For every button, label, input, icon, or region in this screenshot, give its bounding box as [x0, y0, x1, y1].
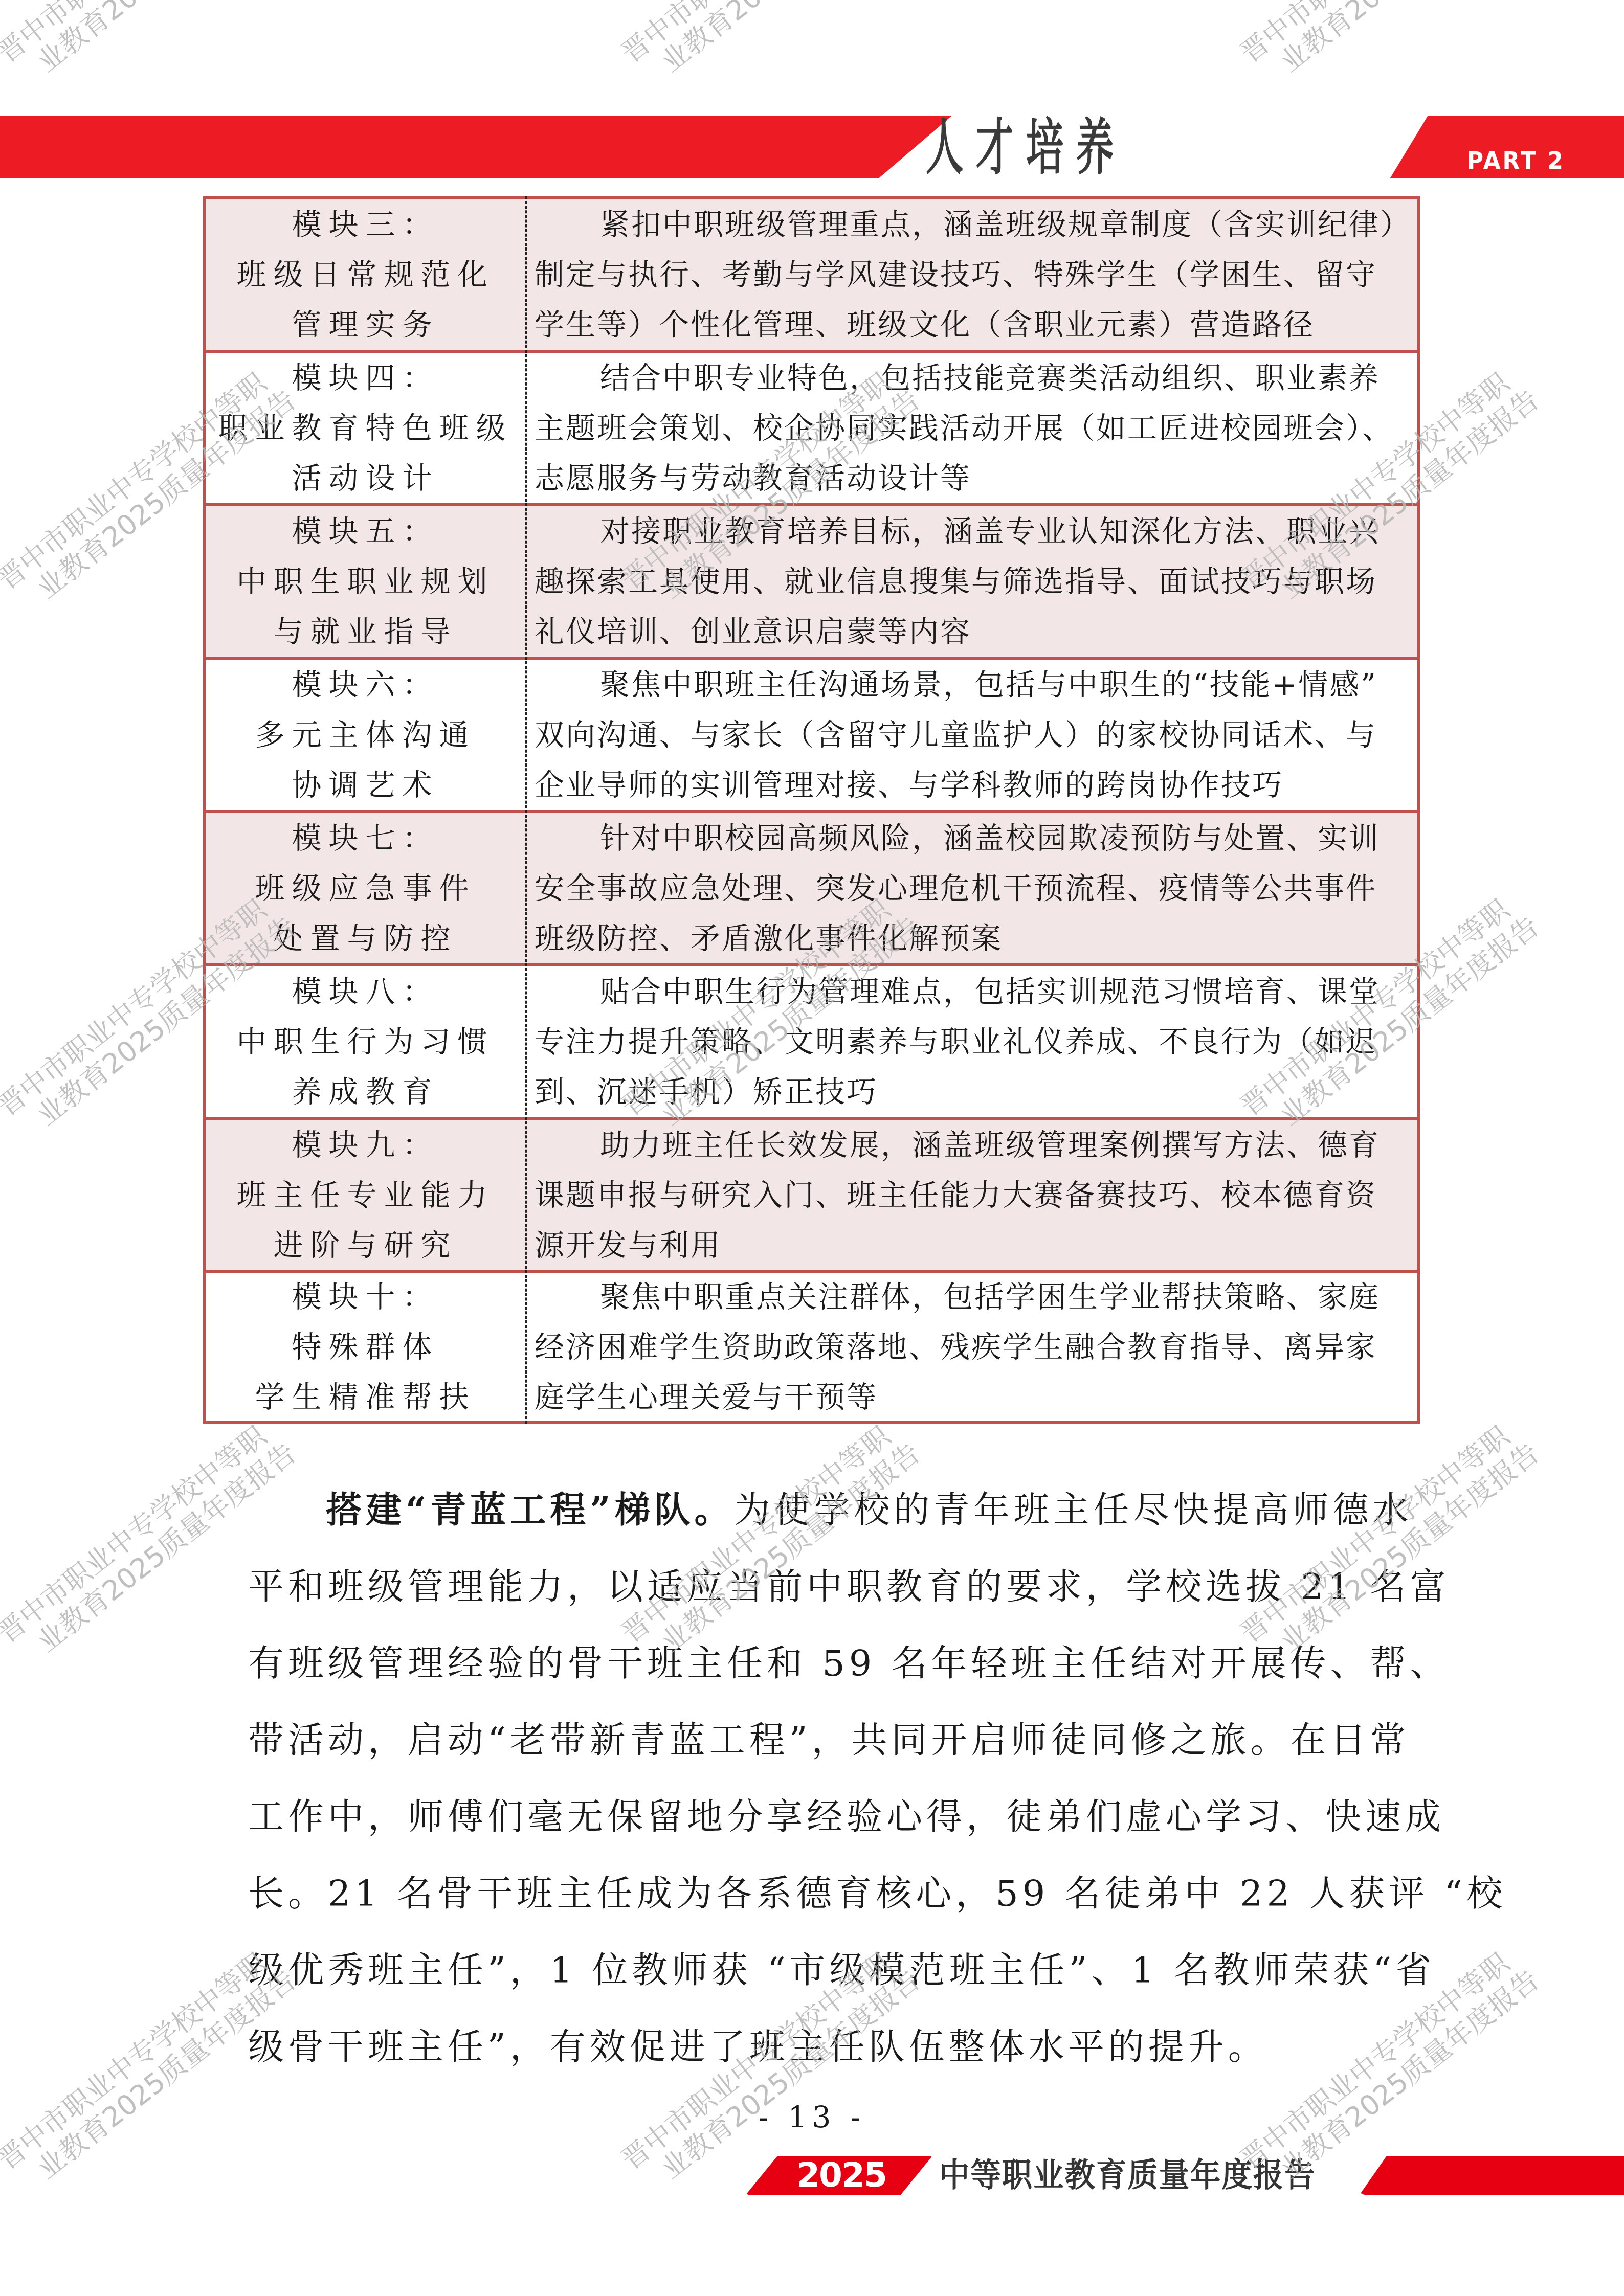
module-content-line: 志愿服务与劳动教育活动设计等 — [535, 453, 1411, 503]
module-content-line: 经济困难学生资助政策落地、残疾学生融合教育指导、离异家 — [535, 1322, 1411, 1372]
module-title: 职业教育特色班级 — [218, 403, 513, 453]
table-row: 模块八： 中职生行为习惯 养成教育 贴合中职生行为管理难点，包括实训规范习惯培育… — [203, 963, 1420, 1117]
module-title: 进阶与研究 — [273, 1220, 457, 1270]
module-title: 中职生职业规划 — [236, 556, 494, 606]
paragraph-line: 搭建“青蓝工程”梯队。为使学校的青年班主任尽快提高师德水 — [248, 1472, 1378, 1548]
module-title: 班级应急事件 — [255, 863, 476, 913]
module-label: 模块六： — [292, 660, 439, 710]
module-name-cell: 模块三： 班级日常规范化 管理实务 — [206, 199, 525, 350]
module-content-line: 主题班会策划、校企协同实践活动开展（如工匠进校园班会）、 — [535, 403, 1411, 453]
module-content-line: 课题申报与研究入门、班主任能力大赛备赛技巧、校本德育资 — [535, 1170, 1411, 1220]
module-content-line: 学生等）个性化管理、班级文化（含职业元素）营造路径 — [535, 300, 1411, 350]
watermark: 晋中市职业中专学校中等职业教育2025质量年度报告 — [616, 0, 926, 94]
table-row: 模块十： 特殊群体 学生精准帮扶 聚焦中职重点关注群体，包括学困生学业帮扶策略、… — [203, 1270, 1420, 1424]
module-content-line: 双向沟通、与家长（含留守儿童监护人）的家校协同话术、与 — [535, 710, 1411, 760]
column-divider — [525, 1117, 527, 1273]
module-content-line: 对接职业教育培养目标，涵盖专业认知深化方法、职业兴 — [535, 506, 1411, 556]
module-content-line: 源开发与利用 — [535, 1220, 1411, 1270]
module-content-line: 紧扣中职班级管理重点，涵盖班级规章制度（含实训纪律） — [535, 199, 1411, 250]
module-title: 特殊群体 — [292, 1322, 439, 1372]
paragraph-line: 有班级管理经验的骨干班主任和 59 名年轻班主任结对开展传、帮、 — [248, 1625, 1378, 1702]
table-row: 模块六： 多元主体沟通 协调艺术 聚焦中职班主任沟通场景，包括与中职生的“技能+… — [203, 657, 1420, 810]
module-content-cell: 紧扣中职班级管理重点，涵盖班级规章制度（含实训纪律） 制定与执行、考勤与学风建设… — [535, 199, 1411, 350]
module-title: 班级日常规范化 — [236, 250, 494, 300]
module-content-line: 专注力提升策略、文明素养与职业礼仪养成、不良行为（如迟 — [535, 1017, 1411, 1067]
column-divider — [525, 1270, 527, 1424]
paragraph-lead-heading: 搭建“青蓝工程”梯队。 — [326, 1489, 735, 1531]
module-content-line: 助力班主任长效发展，涵盖班级管理案例撰写方法、德育 — [535, 1120, 1411, 1170]
table-row: 模块七： 班级应急事件 处置与防控 针对中职校园高频风险，涵盖校园欺凌预防与处置… — [203, 810, 1420, 963]
column-divider — [525, 657, 527, 813]
module-label: 模块九： — [292, 1120, 439, 1170]
module-title: 中职生行为习惯 — [236, 1017, 494, 1067]
column-divider — [525, 810, 527, 966]
module-label: 模块四： — [292, 353, 439, 403]
module-title: 学生精准帮扶 — [255, 1372, 476, 1422]
module-content-line: 聚焦中职班主任沟通场景，包括与中职生的“技能+情感” — [535, 660, 1411, 710]
footer-report-title: 中等职业教育质量年度报告 — [939, 2154, 1316, 2197]
module-content-cell: 助力班主任长效发展，涵盖班级管理案例撰写方法、德育 课题申报与研究入门、班主任能… — [535, 1120, 1411, 1270]
column-divider — [525, 350, 527, 506]
module-label: 模块三： — [292, 199, 439, 250]
module-label: 模块十： — [292, 1272, 439, 1322]
paragraph-line: 长。21 名骨干班主任成为各系德育核心，59 名徒弟中 22 人获评 “校 — [248, 1855, 1378, 1932]
watermark: 晋中市职业中专学校中等职业教育2025质量年度报告 — [1235, 0, 1545, 94]
table-row: 模块九： 班主任专业能力 进阶与研究 助力班主任长效发展，涵盖班级管理案例撰写方… — [203, 1117, 1420, 1270]
column-divider — [525, 196, 527, 353]
paragraph-line: 级骨干班主任”，有效促进了班主任队伍整体水平的提升。 — [248, 2009, 1378, 2085]
module-content-line: 趣探索工具使用、就业信息搜集与筛选指导、面试技巧与职场 — [535, 556, 1411, 606]
module-title: 班主任专业能力 — [236, 1170, 494, 1220]
watermark: 晋中市职业中专学校中等职业教育2025质量年度报告 — [0, 0, 302, 94]
module-title: 协调艺术 — [292, 760, 439, 810]
module-label: 模块五： — [292, 506, 439, 556]
paragraph-line: 带活动，启动“老带新青蓝工程”，共同开启师徒同修之旅。在日常 — [248, 1702, 1378, 1779]
module-content-line: 制定与执行、考勤与学风建设技巧、特殊学生（学困生、留守 — [535, 250, 1411, 300]
table-row: 模块三： 班级日常规范化 管理实务 紧扣中职班级管理重点，涵盖班级规章制度（含实… — [203, 196, 1420, 350]
module-name-cell: 模块七： 班级应急事件 处置与防控 — [206, 813, 525, 963]
module-content-cell: 针对中职校园高频风险，涵盖校园欺凌预防与处置、实训 安全事故应急处理、突发心理危… — [535, 813, 1411, 963]
module-label: 模块七： — [292, 813, 439, 863]
module-content-line: 安全事故应急处理、突发心理危机干预流程、疫情等公共事件 — [535, 863, 1411, 913]
module-title: 处置与防控 — [273, 913, 457, 963]
footer-red-band — [1360, 2156, 1624, 2195]
module-content-line: 针对中职校园高频风险，涵盖校园欺凌预防与处置、实训 — [535, 813, 1411, 863]
module-title: 活动设计 — [292, 453, 439, 503]
module-title: 管理实务 — [292, 300, 439, 350]
footer-year-text: 2025 — [777, 2156, 905, 2195]
module-name-cell: 模块六： 多元主体沟通 协调艺术 — [206, 660, 525, 810]
module-content-cell: 对接职业教育培养目标，涵盖专业认知深化方法、职业兴 趣探索工具使用、就业信息搜集… — [535, 506, 1411, 657]
module-name-cell: 模块四： 职业教育特色班级 活动设计 — [206, 353, 525, 503]
module-label: 模块八： — [292, 966, 439, 1017]
module-title: 与就业指导 — [273, 606, 457, 657]
table-row: 模块四： 职业教育特色班级 活动设计 结合中职专业特色，包括技能竞赛类活动组织、… — [203, 350, 1420, 503]
module-content-line: 班级防控、矛盾激化事件化解预案 — [535, 913, 1411, 963]
part-label: PART 2 — [1467, 145, 1565, 176]
module-content-line: 聚焦中职重点关注群体，包括学困生学业帮扶策略、家庭 — [535, 1272, 1411, 1322]
table-row: 模块五： 中职生职业规划 与就业指导 对接职业教育培养目标，涵盖专业认知深化方法… — [203, 503, 1420, 657]
page-number: - 13 - — [0, 2097, 1624, 2137]
section-title: 人才培养 — [926, 117, 1126, 178]
module-content-line: 到、沉迷手机）矫正技巧 — [535, 1067, 1411, 1117]
module-content-line: 贴合中职生行为管理难点，包括实训规范习惯培育、课堂 — [535, 966, 1411, 1017]
column-divider — [525, 503, 527, 660]
module-content-line: 庭学生心理关爱与干预等 — [535, 1372, 1411, 1422]
body-paragraph: 搭建“青蓝工程”梯队。为使学校的青年班主任尽快提高师德水 平和班级管理能力，以适… — [248, 1472, 1378, 2085]
module-title: 多元主体沟通 — [255, 710, 476, 760]
module-name-cell: 模块五： 中职生职业规划 与就业指导 — [206, 506, 525, 657]
paragraph-text: 为使学校的青年班主任尽快提高师德水 — [735, 1489, 1413, 1531]
module-content-cell: 贴合中职生行为管理难点，包括实训规范习惯培育、课堂 专注力提升策略、文明素养与职… — [535, 966, 1411, 1117]
paragraph-line: 平和班级管理能力，以适应当前中职教育的要求，学校选拔 21 名富 — [248, 1548, 1378, 1625]
module-title: 养成教育 — [292, 1067, 439, 1117]
module-content-line: 礼仪培训、创业意识启蒙等内容 — [535, 606, 1411, 657]
module-name-cell: 模块九： 班主任专业能力 进阶与研究 — [206, 1120, 525, 1270]
module-name-cell: 模块十： 特殊群体 学生精准帮扶 — [206, 1273, 525, 1421]
module-content-cell: 聚焦中职重点关注群体，包括学困生学业帮扶策略、家庭 经济困难学生资助政策落地、残… — [535, 1273, 1411, 1421]
module-content-line: 结合中职专业特色，包括技能竞赛类活动组织、职业素养 — [535, 353, 1411, 403]
paragraph-line: 工作中，师傅们毫无保留地分享经验心得，徒弟们虚心学习、快速成 — [248, 1779, 1378, 1855]
paragraph-line: 级优秀班主任”，1 位教师获 “市级模范班主任”、1 名教师荣获“省 — [248, 1932, 1378, 2009]
header-red-stripe-left — [0, 116, 951, 178]
module-content-cell: 结合中职专业特色，包括技能竞赛类活动组织、职业素养 主题班会策划、校企协同实践活… — [535, 353, 1411, 503]
training-modules-table: 模块三： 班级日常规范化 管理实务 紧扣中职班级管理重点，涵盖班级规章制度（含实… — [203, 196, 1420, 1424]
module-name-cell: 模块八： 中职生行为习惯 养成教育 — [206, 966, 525, 1117]
module-content-cell: 聚焦中职班主任沟通场景，包括与中职生的“技能+情感” 双向沟通、与家长（含留守儿… — [535, 660, 1411, 810]
column-divider — [525, 963, 527, 1120]
module-content-line: 企业导师的实训管理对接、与学科教师的跨岗协作技巧 — [535, 760, 1411, 810]
